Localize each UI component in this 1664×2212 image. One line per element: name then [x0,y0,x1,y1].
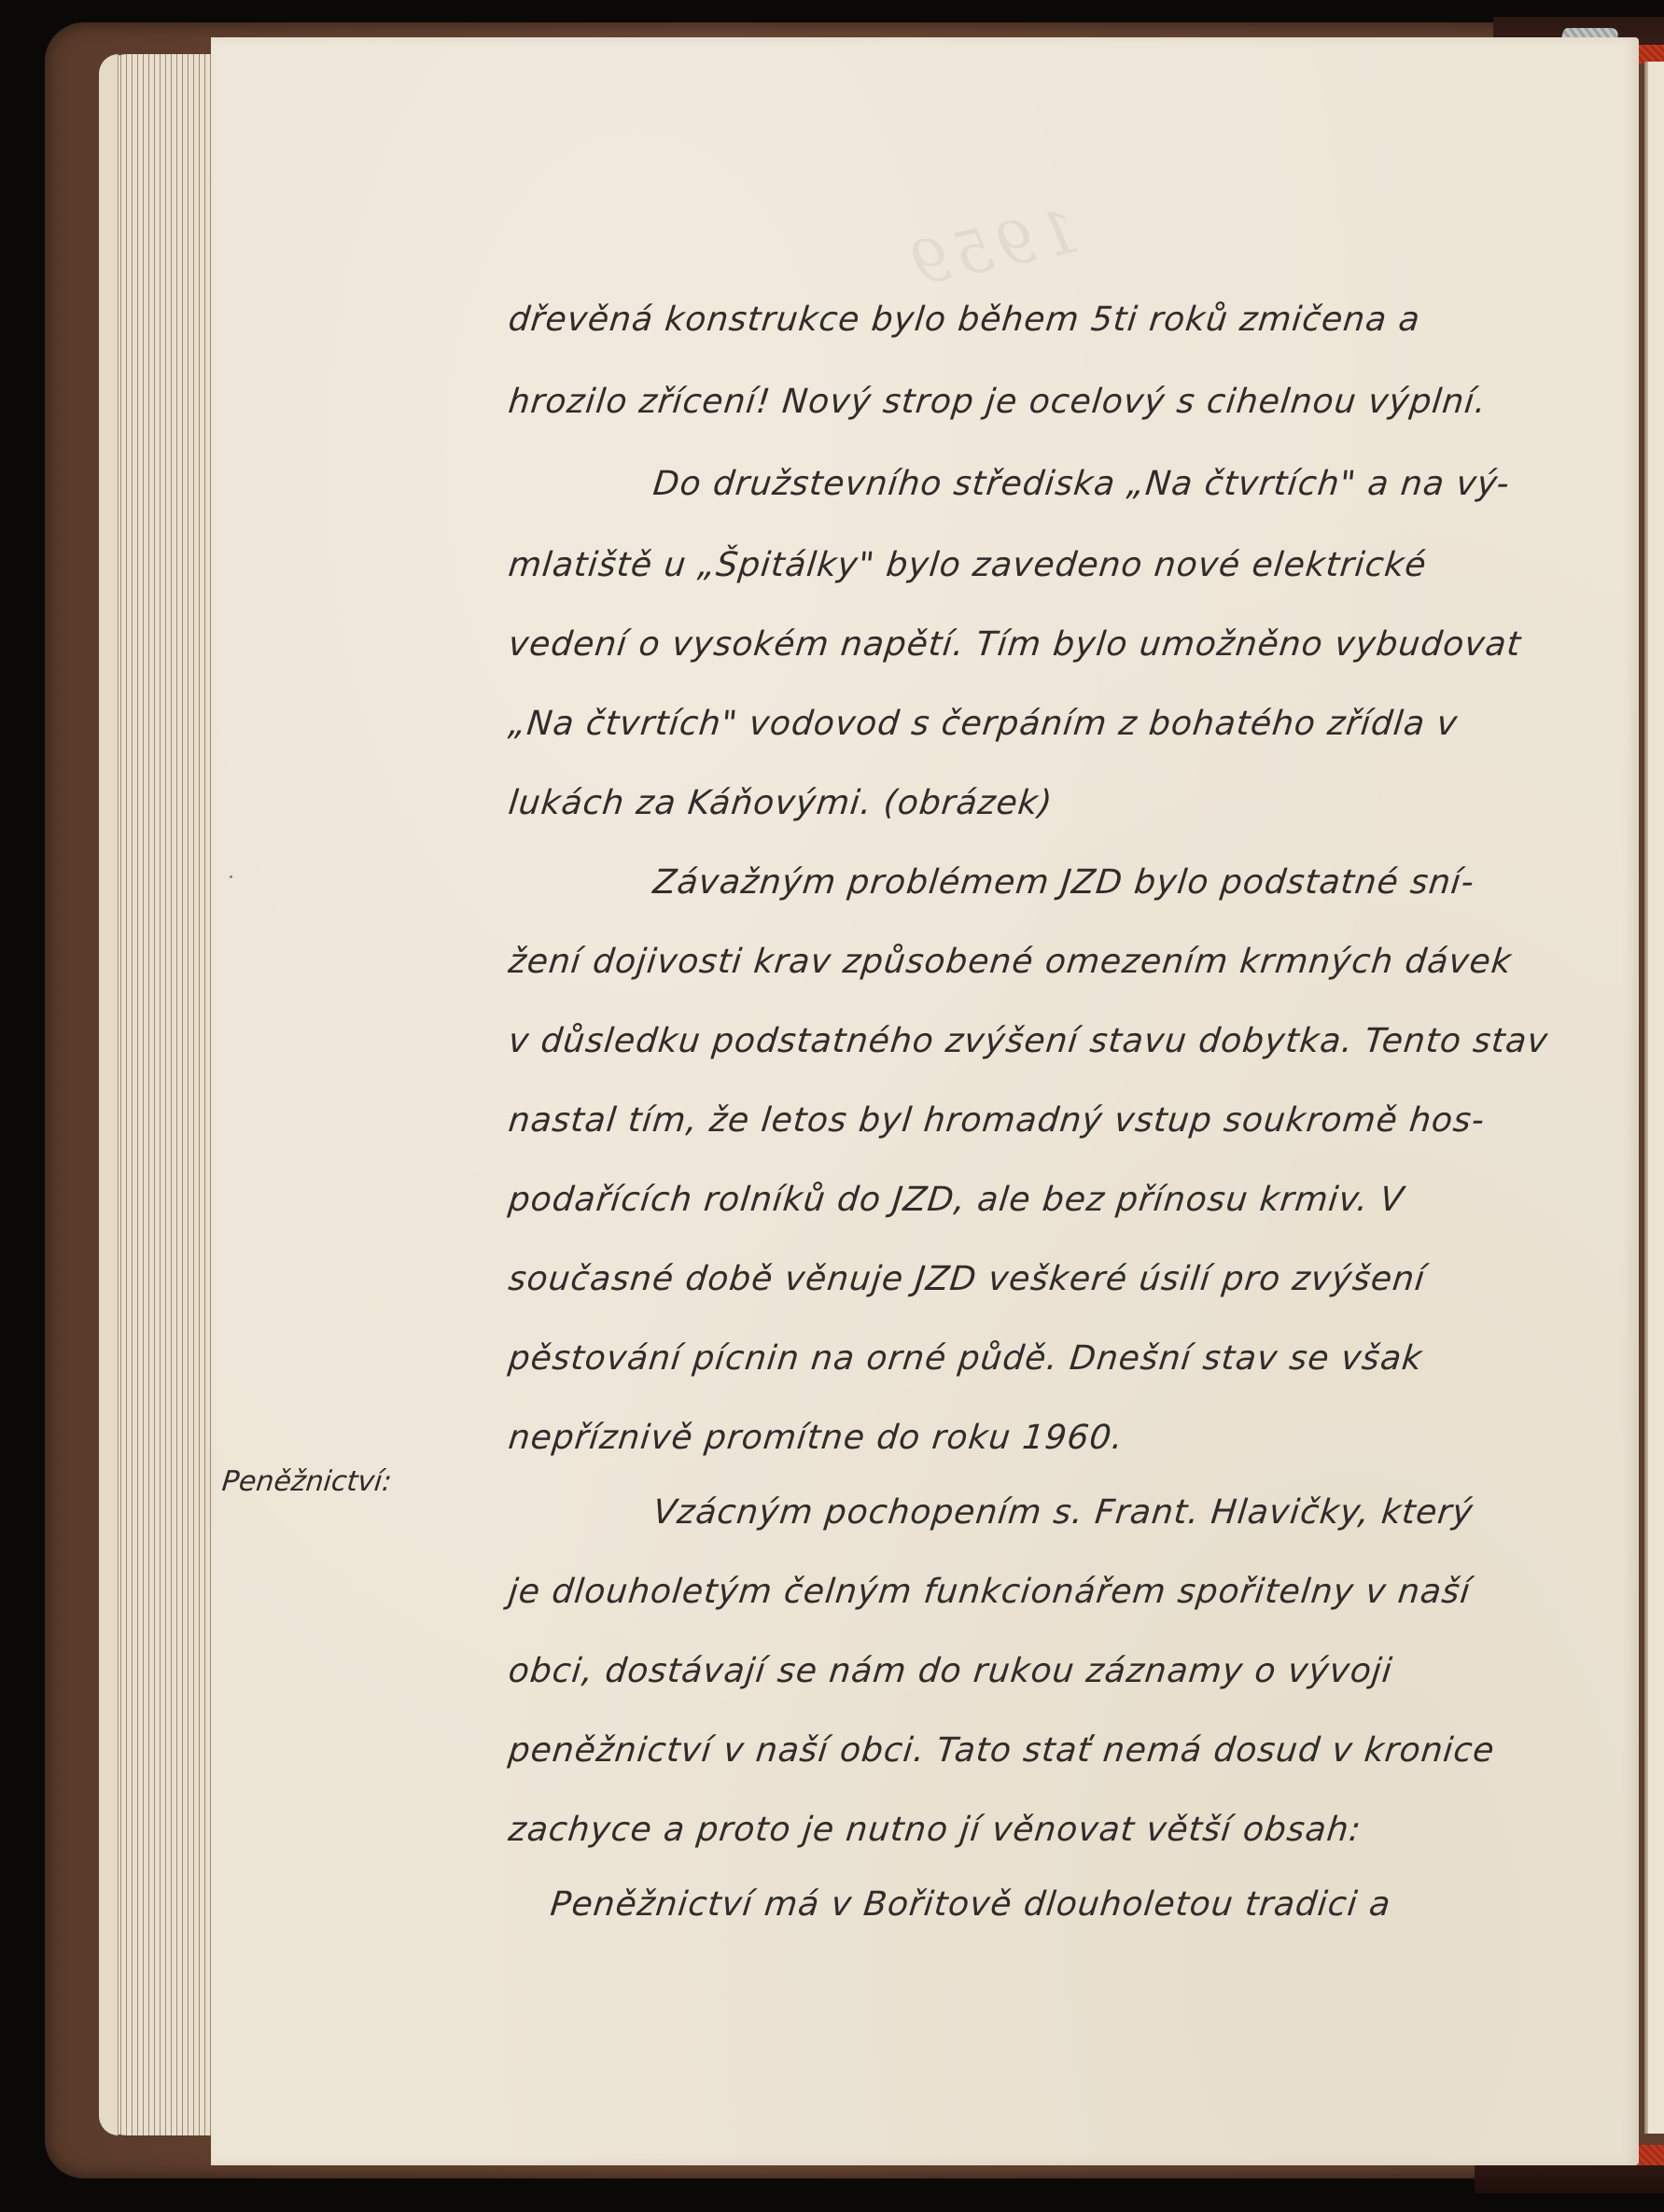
text-line: nastal tím, že letos byl hromadný vstup … [507,1101,1487,1140]
text-line: vedení o vysokém napětí. Tím bylo umožně… [507,625,1523,664]
text-line: Do družstevního střediska „Na čtvrtích" … [651,465,1512,503]
text-line: Vzácným pochopením s. Frant. Hlavičky, k… [651,1493,1475,1532]
text-line: Peněžnictví má v Bořitově dlouholetou tr… [549,1885,1393,1924]
text-line: Závažným problémem JZD bylo podstatné sn… [651,863,1476,902]
text-line: žení dojivosti krav způsobené omezením k… [507,943,1514,981]
text-line: podařících rolníků do JZD, ale bez příno… [507,1181,1406,1219]
text-line: zachyce a proto je nutno jí věnovat větš… [507,1811,1363,1849]
text-line: nepříznivě promítne do roku 1960. [507,1419,1126,1457]
text-line: v důsledku podstatného zvýšení stavu dob… [507,1022,1550,1060]
margin-heading-penezni: Peněžnictví: [220,1465,393,1498]
text-line: dřevěná konstrukce bylo během 5ti roků z… [507,301,1422,339]
ink-speck [230,875,232,878]
text-line: peněžnictví v naší obci. Tato stať nemá … [507,1731,1497,1770]
book-photo-scene: 1959 Peněžnictví: dřevěná konstrukce byl… [0,0,1664,2212]
text-line: je dlouholetým čelným funkcionářem spoři… [507,1573,1473,1611]
page-stack-edges [99,54,220,2135]
text-line: současné době věnuje JZD veškeré úsilí p… [507,1260,1427,1298]
text-line: obci, dostávají se nám do rukou záznamy … [507,1652,1394,1690]
text-line: „Na čtvrtích" vodovod s čerpáním z bohat… [507,705,1460,743]
text-line: mlatiště u „Špitálky" bylo zavedeno nové… [507,546,1429,584]
text-line: pěstování pícnin na orné půdě. Dnešní st… [507,1339,1424,1378]
text-line: lukách za Káňovými. (obrázek) [507,784,1055,822]
facing-page-sliver [1648,62,1664,2134]
text-line: hrozilo zřícení! Nový strop je ocelový s… [507,383,1489,421]
